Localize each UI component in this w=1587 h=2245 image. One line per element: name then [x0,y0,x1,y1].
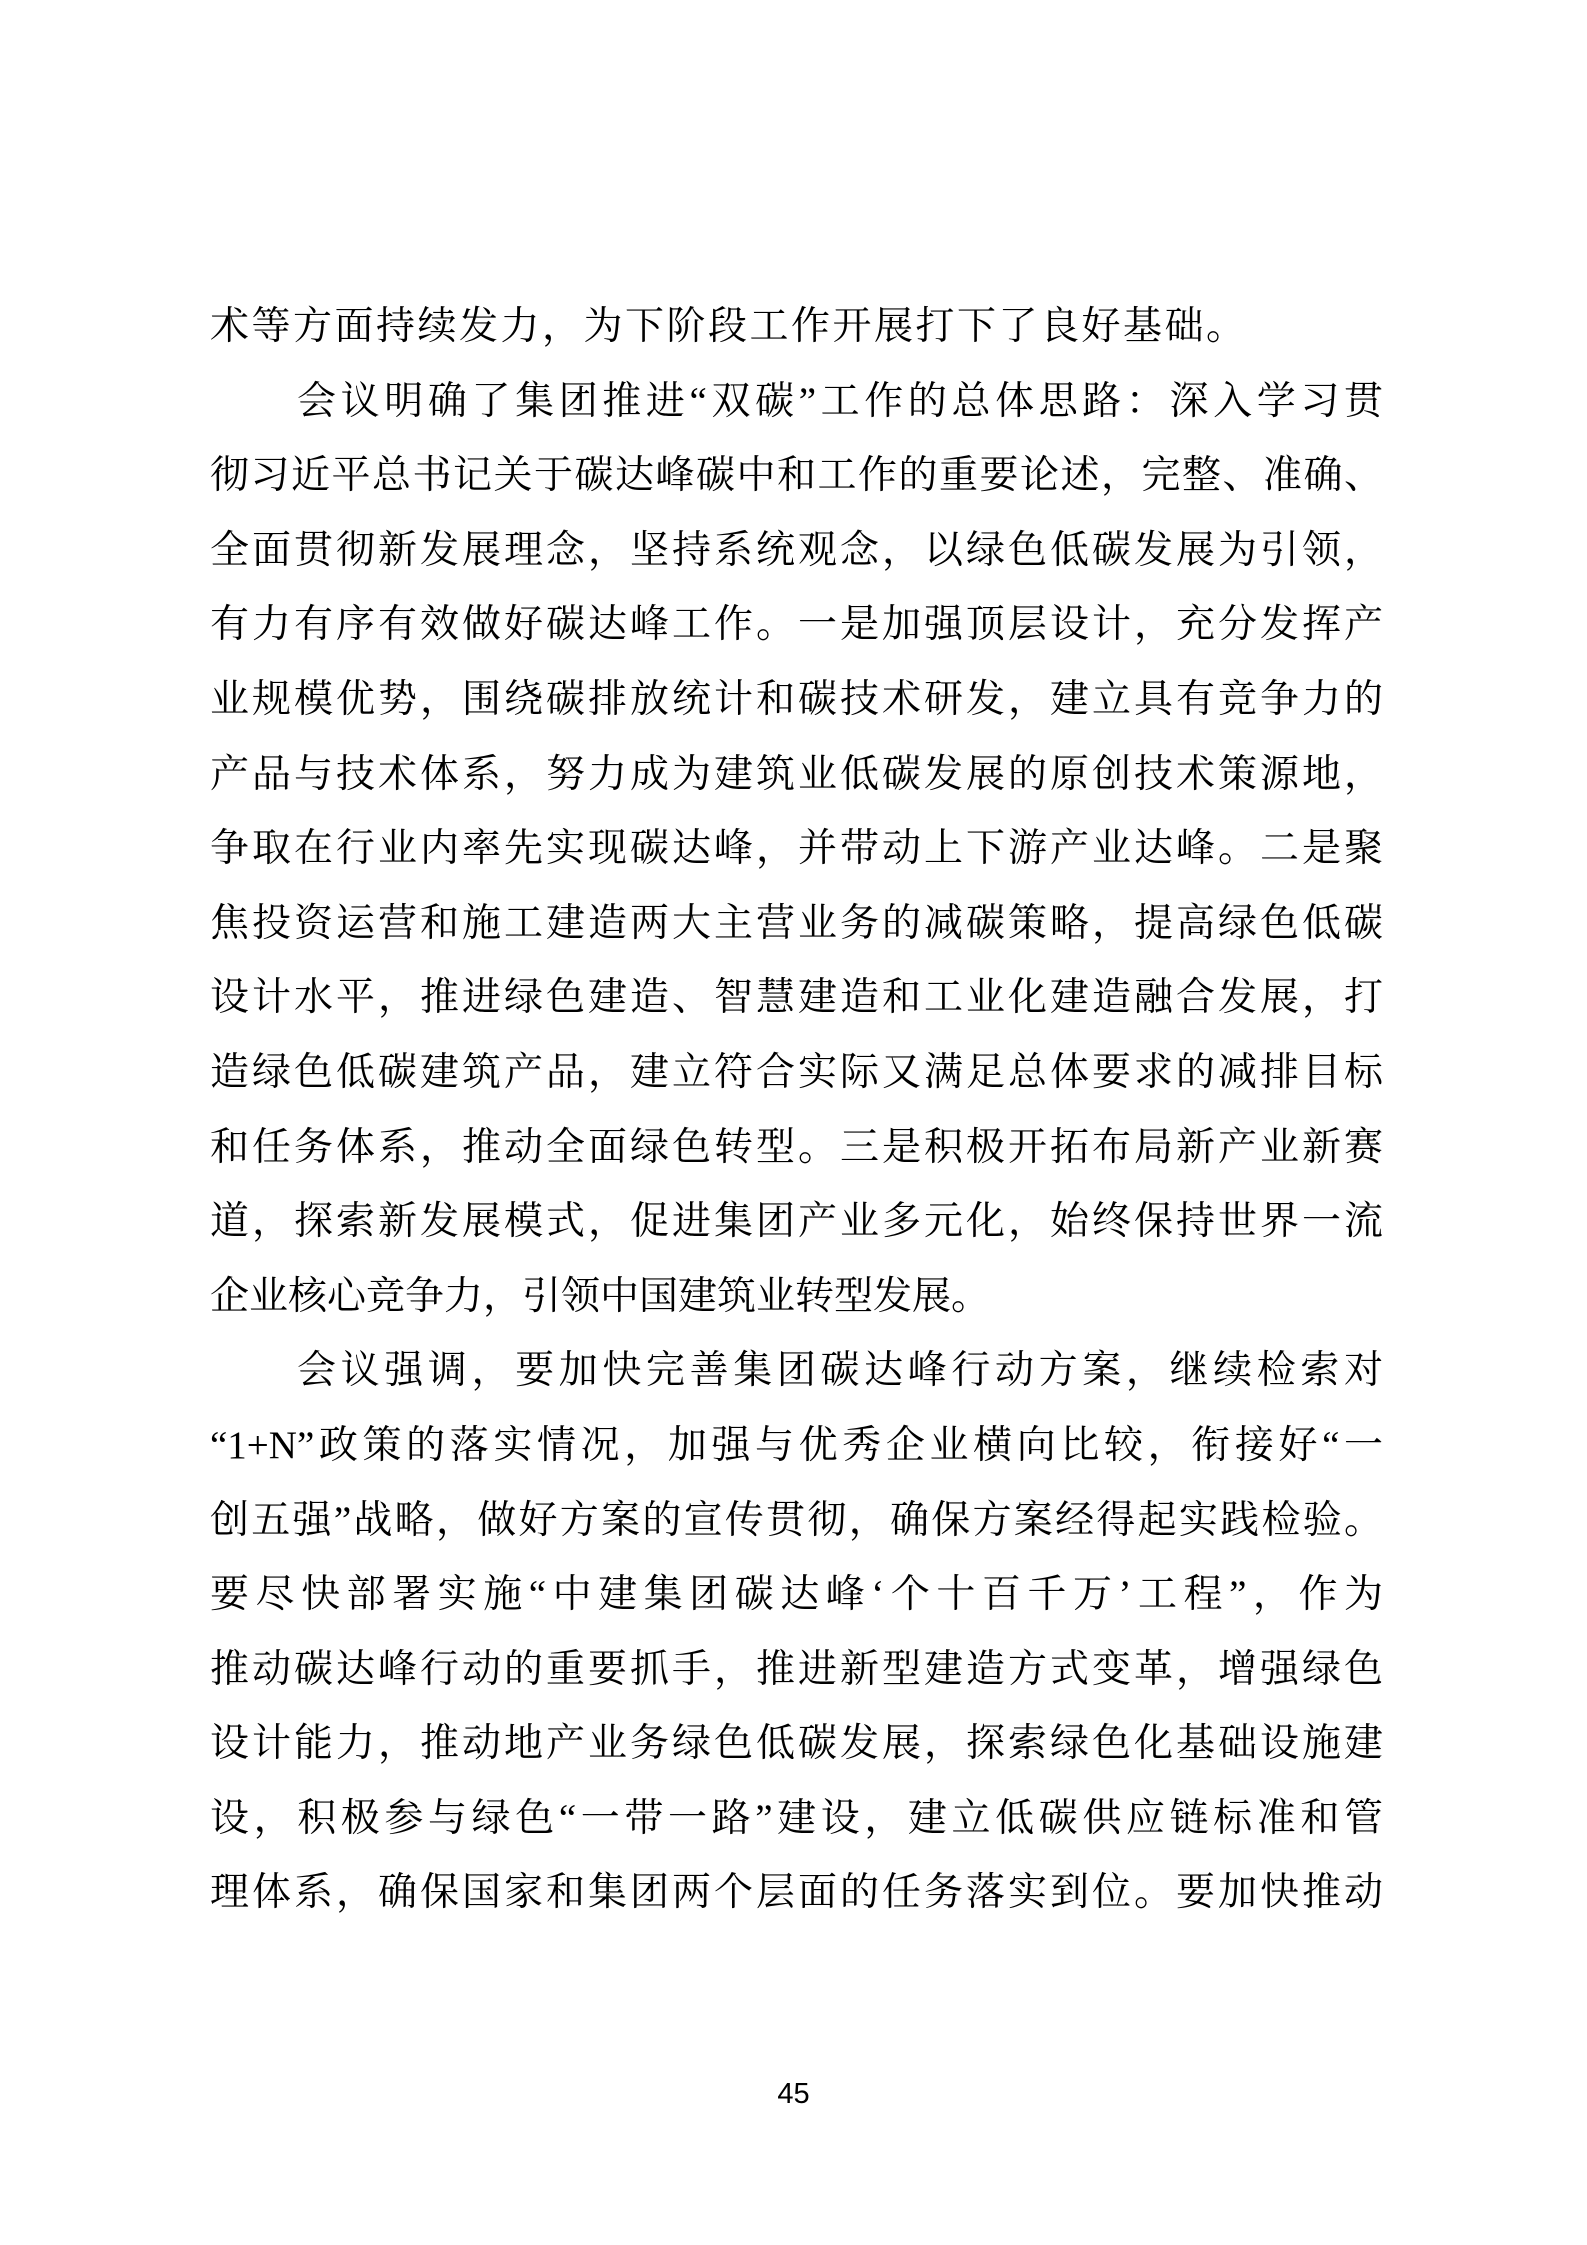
text-line: 设，积极参与绿色“一带一路”建设，建立低碳供应链标准和管 [210,1782,1383,1857]
document-body: 术等方面持续发力，为下阶段工作开展打下了良好基础。 会议明确了集团推进“双碳”工… [210,290,1383,1931]
text-line: 产品与技术体系，努力成为建筑业低碳发展的原创技术策源地， [210,738,1383,813]
text-line: 会议强调，要加快完善集团碳达峰行动方案，继续检索对 [210,1334,1383,1409]
text-line: 有力有序有效做好碳达峰工作。一是加强顶层设计，充分发挥产 [210,588,1383,663]
text-line: 设计能力，推动地产业务绿色低碳发展，探索绿色化基础设施建 [210,1707,1383,1782]
text-line: 全面贯彻新发展理念，坚持系统观念，以绿色低碳发展为引领， [210,514,1383,589]
text-line: 道，探索新发展模式，促进集团产业多元化，始终保持世界一流 [210,1185,1383,1260]
text-line: 造绿色低碳建筑产品，建立符合实际又满足总体要求的减排目标 [210,1036,1383,1111]
text-line: “1+N”政策的落实情况，加强与优秀企业横向比较，衔接好“一 [210,1409,1383,1484]
text-line: 和任务体系，推动全面绿色转型。三是积极开拓布局新产业新赛 [210,1111,1383,1186]
document-page: 术等方面持续发力，为下阶段工作开展打下了良好基础。 会议明确了集团推进“双碳”工… [0,0,1587,2245]
text-line: 创五强”战略，做好方案的宣传贯彻，确保方案经得起实践检验。 [210,1484,1383,1559]
text-line: 彻习近平总书记关于碳达峰碳中和工作的重要论述，完整、准确、 [210,439,1383,514]
text-line: 焦投资运营和施工建造两大主营业务的减碳策略，提高绿色低碳 [210,887,1383,962]
text-line: 争取在行业内率先实现碳达峰，并带动上下游产业达峰。二是聚 [210,812,1383,887]
page-number: 45 [0,2078,1587,2111]
text-line: 术等方面持续发力，为下阶段工作开展打下了良好基础。 [210,290,1383,365]
text-line: 要尽快部署实施“中建集团碳达峰‘个十百千万’工程”，作为 [210,1558,1383,1633]
text-line: 理体系，确保国家和集团两个层面的任务落实到位。要加快推动 [210,1856,1383,1931]
text-line: 会议明确了集团推进“双碳”工作的总体思路：深入学习贯 [210,365,1383,440]
text-line: 企业核心竞争力，引领中国建筑业转型发展。 [210,1260,1383,1335]
text-line: 推动碳达峰行动的重要抓手，推进新型建造方式变革，增强绿色 [210,1633,1383,1708]
text-line: 设计水平，推进绿色建造、智慧建造和工业化建造融合发展，打 [210,961,1383,1036]
text-line: 业规模优势，围绕碳排放统计和碳技术研发，建立具有竞争力的 [210,663,1383,738]
